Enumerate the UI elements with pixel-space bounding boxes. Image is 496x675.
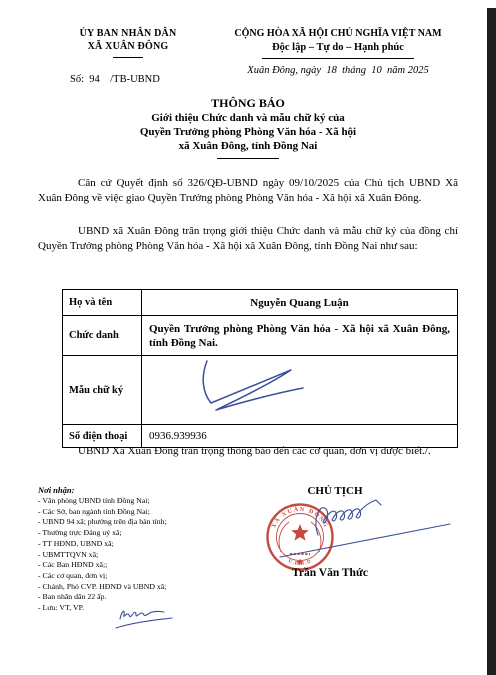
row-value-signature-sample [142, 356, 458, 425]
row-label-signature-sample: Mẫu chữ ký [63, 356, 142, 425]
chairman-signature [278, 493, 460, 565]
document-page: ỦY BAN NHÂN DÂN XÃ XUÂN ĐÔNG Số: 94 /TB-… [0, 0, 496, 675]
recipient-item: - Thường trực Đảng uỷ xã; [38, 528, 243, 539]
official-info-table: Họ và tên Nguyễn Quang Luận Chức danh Qu… [62, 289, 458, 448]
recipient-item: - Chánh, Phó CVP. HĐND và UBND xã; [38, 582, 243, 593]
issuer-line2: XÃ XUÂN ĐÔNG [56, 40, 200, 53]
motto-line2: Độc lập – Tự do – Hạnh phúc [218, 41, 458, 54]
place-dateline: Xuân Đông, ngày 18 tháng 10 năm 2025 [218, 65, 458, 76]
recipients-block: Nơi nhận: - Văn phòng UBND tỉnh Đồng Nai… [38, 485, 243, 614]
recipient-item: - UBMTTQVN xã; [38, 550, 243, 561]
recipient-item: - Các Ban HĐND xã;; [38, 560, 243, 571]
row-label-position: Chức danh [63, 316, 142, 356]
title-block: THÔNG BÁO Giới thiệu Chức danh và mẫu ch… [38, 96, 458, 159]
recipient-item: - TT HĐND, UBND xã; [38, 539, 243, 550]
issuer-underline [113, 57, 143, 58]
paragraph-basis: Căn cứ Quyết định số 326/QĐ-UBND ngày 09… [38, 176, 458, 206]
table-row: Chức danh Quyền Trưởng phòng Phòng Văn h… [63, 316, 458, 356]
issuer-line1: ỦY BAN NHÂN DÂN [56, 27, 200, 40]
recipient-item: - Văn phòng UBND tỉnh Đồng Nai; [38, 496, 243, 507]
paragraph-closing: UBND Xã Xuân Đông trân trọng thông báo đ… [38, 444, 458, 459]
row-value-fullname: Nguyễn Quang Luận [142, 290, 458, 316]
issuer-block: ỦY BAN NHÂN DÂN XÃ XUÂN ĐÔNG [56, 27, 200, 58]
table-row: Mẫu chữ ký [63, 356, 458, 425]
motto-underline [262, 58, 414, 59]
paragraph-introduction: UBND xã Xuân Đông trân trọng giới thiệu … [38, 224, 458, 254]
clerk-initials-signature [112, 601, 184, 633]
document-title: THÔNG BÁO [38, 96, 458, 111]
table-row: Họ và tên Nguyễn Quang Luận [63, 290, 458, 316]
recipient-item: - UBND 94 xã; phường trên địa bàn tỉnh; [38, 517, 243, 528]
title-underline [217, 158, 279, 159]
scan-edge-bar [487, 8, 496, 675]
signature-sample-image [149, 358, 465, 419]
motto-line1: CỘNG HÒA XÃ HỘI CHỦ NGHĨA VIỆT NAM [218, 27, 458, 40]
national-motto-block: CỘNG HÒA XÃ HỘI CHỦ NGHĨA VIỆT NAM Độc l… [218, 27, 458, 76]
recipients-header: Nơi nhận: [38, 485, 243, 496]
document-subtitle-3: xã Xuân Đông, tỉnh Đồng Nai [38, 139, 458, 153]
recipient-item: - Các cơ quan, đơn vị; [38, 571, 243, 582]
row-value-position: Quyền Trưởng phòng Phòng Văn hóa - Xã hộ… [142, 316, 458, 356]
recipient-item: - Các Sở, ban ngành tỉnh Đồng Nai; [38, 507, 243, 518]
document-number: Số: 94 /TB-UBND [70, 74, 160, 85]
document-subtitle-1: Giới thiệu Chức danh và mẫu chữ ký của [38, 111, 458, 125]
signatory-name: Trần Văn Thức [255, 567, 405, 579]
row-label-fullname: Họ và tên [63, 290, 142, 316]
document-subtitle-2: Quyền Trưởng phòng Phòng Văn hóa - Xã hộ… [38, 125, 458, 139]
